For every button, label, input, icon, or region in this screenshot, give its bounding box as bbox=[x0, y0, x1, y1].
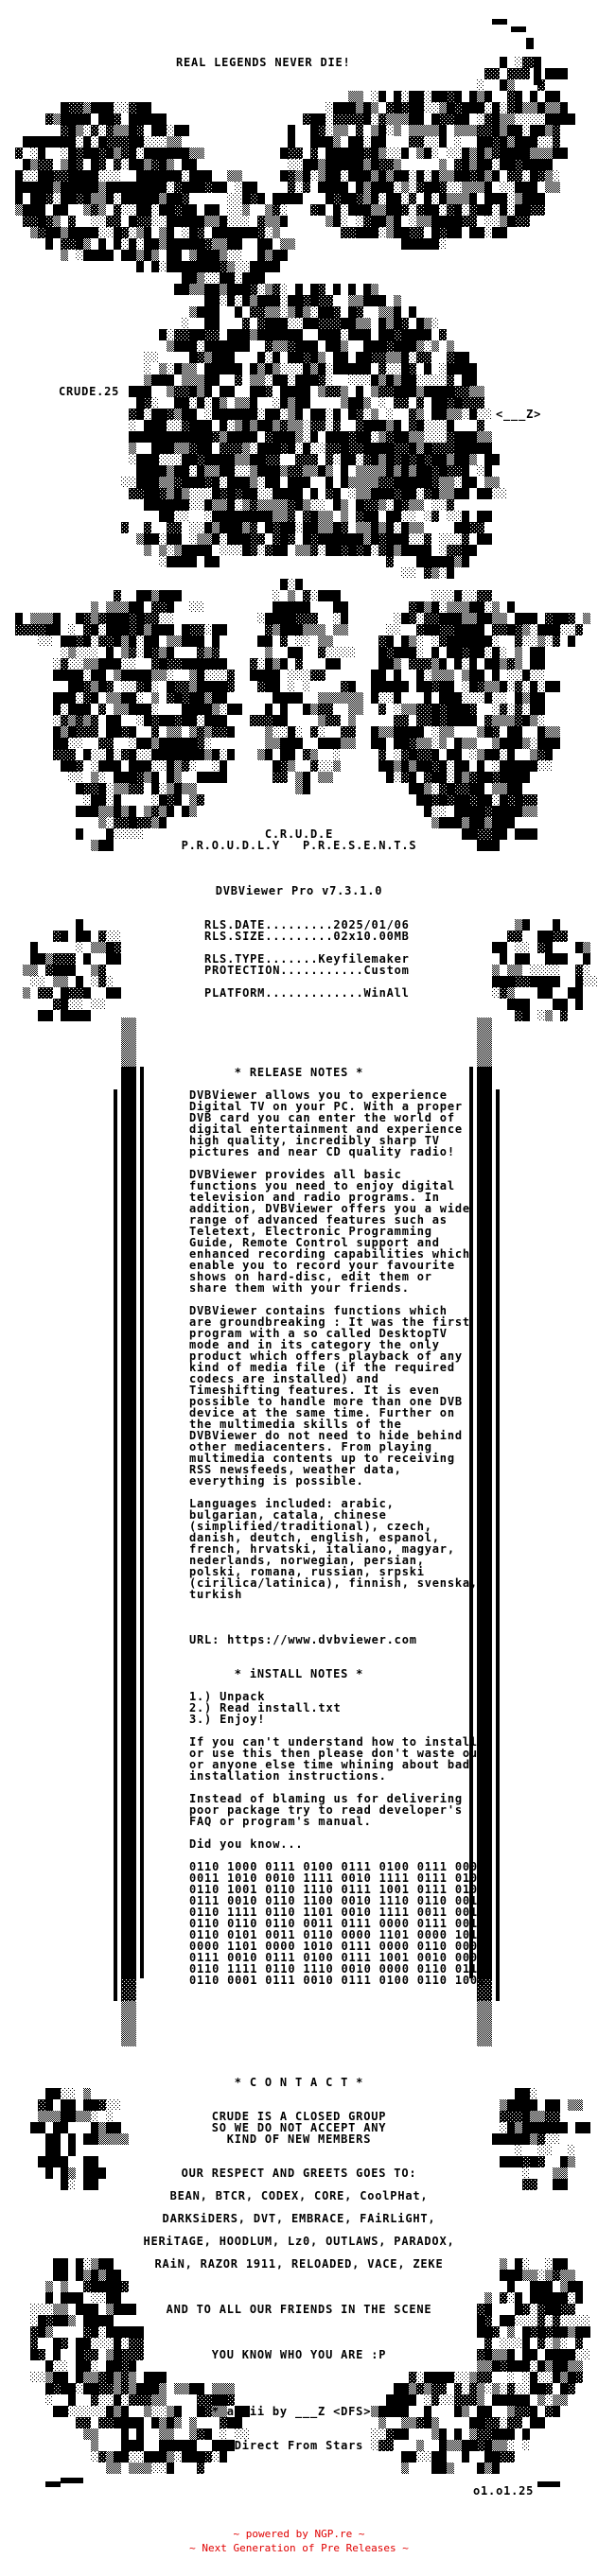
artist-group: Direct From Stars bbox=[0, 2440, 598, 2451]
frame-left-thick bbox=[121, 1067, 136, 1978]
info-platform: PLATFORM.............WinAll bbox=[204, 987, 410, 999]
text-line: FAQ or program's manual. bbox=[189, 1816, 485, 1827]
frame-left-thin-inner bbox=[140, 1067, 144, 1978]
release-notes-body: DVBViewer allows you to experienceDigita… bbox=[189, 1089, 478, 1645]
install-notes-heading: * iNSTALL NOTES * bbox=[0, 1668, 598, 1680]
info-protection: PROTECTION...........Custom bbox=[204, 965, 410, 976]
artist-tag: <___Z> bbox=[496, 409, 541, 420]
text-line: turkish bbox=[189, 1589, 478, 1600]
art-date: o1.o1.25 bbox=[473, 2485, 534, 2497]
ascii-credit: * aScii by ___Z <DFS> * bbox=[0, 2406, 598, 2417]
tagline: ~ Next Generation of Pre Releases ~ bbox=[0, 2541, 598, 2555]
greets-line-3: HERiTAGE, HOODLUM, Lz0, OUTLAWS, PARADOX… bbox=[0, 2236, 598, 2247]
install-step: 3.) Enjoy! bbox=[189, 1714, 485, 1725]
closed-group-line-3: KIND OF NEW MEMBERS bbox=[0, 2133, 598, 2145]
you-know-line: YOU KNOW WHO YOU ARE :P bbox=[0, 2349, 598, 2360]
install-notes-body: 1.) Unpack2.) Read install.txt3.) Enjoy!… bbox=[189, 1691, 485, 1986]
proudly-presents: P.R.O.U.D.L.Y P.R.E.S.E.N.T.S bbox=[0, 840, 598, 851]
frame-right-thin-outer bbox=[496, 1089, 500, 2001]
greets-heading: OUR RESPECT AND GREETS GOES TO: bbox=[0, 2167, 598, 2179]
text-line: Did you know... bbox=[189, 1838, 485, 1850]
greets-line-1: BEAN, BTCR, CODEX, CORE, CoolPHat, bbox=[0, 2190, 598, 2202]
friends-line: AND TO ALL OUR FRIENDS IN THE SCENE bbox=[0, 2304, 598, 2315]
powered-by: ~ powered by NGP.re ~ bbox=[0, 2527, 598, 2541]
frame-left-thin-outer bbox=[114, 1089, 117, 2001]
text-line: pictures and near CD quality radio! bbox=[189, 1146, 478, 1157]
release-title: DVBViewer Pro v7.3.1.0 bbox=[0, 885, 598, 896]
release-notes-heading: * RELEASE NOTES * bbox=[0, 1067, 598, 1078]
text-line: share them with your friends. bbox=[189, 1282, 478, 1294]
group-tag: CRUDE.25 bbox=[59, 386, 119, 397]
info-rls-size: RLS.SIZE.........02x10.00MB bbox=[204, 931, 410, 942]
greets-line-4: RAiN, RAZOR 1911, RELOADED, VACE, ZEKE bbox=[0, 2258, 598, 2270]
greets-line-2: DARKSiDERS, DVT, EMBRACE, FAiRLiGHT, bbox=[0, 2213, 598, 2224]
binary-line: 0110 0001 0111 0010 0111 0100 0110 1000 bbox=[189, 1975, 485, 1986]
text-line: everything is possible. bbox=[189, 1475, 478, 1487]
url-line: URL: https://www.dvbviewer.com bbox=[189, 1634, 478, 1645]
motto: REAL LEGENDS NEVER DIE! bbox=[176, 57, 351, 68]
contact-heading: * C O N T A C T * bbox=[0, 2077, 598, 2088]
text-line: installation instructions. bbox=[189, 1770, 485, 1782]
